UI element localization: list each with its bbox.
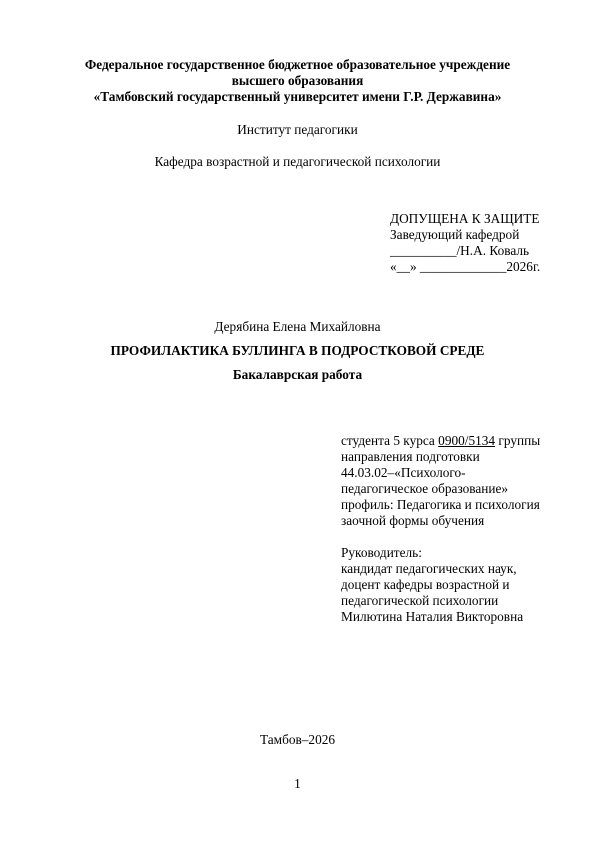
approval-block: ДОПУЩЕНА К ЗАЩИТЕ Заведующий кафедрой __… [390, 211, 540, 275]
institute-name: Институт педагогики [0, 122, 595, 138]
student-course: студента 5 курса [341, 433, 438, 448]
supervisor-position: доцент кафедры возрастной и [341, 577, 523, 593]
student-profile: профиль: Педагогика и психология [341, 497, 540, 513]
author-name: Дерябина Елена Михайловна [0, 319, 595, 335]
approval-role: Заведующий кафедрой [390, 227, 540, 243]
supervisor-name: Милютина Наталия Викторовна [341, 609, 523, 625]
approval-signature: __________/Н.А. Коваль [390, 243, 540, 259]
student-direction-name: педагогическое образование» [341, 481, 540, 497]
group-suffix: группы [495, 433, 540, 448]
city-year: Тамбов–2026 [0, 732, 595, 748]
supervisor-label: Руководитель: [341, 545, 523, 561]
student-study-form: заочной формы обучения [341, 513, 540, 529]
supervisor-degree: кандидат педагогических наук, [341, 561, 523, 577]
approval-title: ДОПУЩЕНА К ЗАЩИТЕ [390, 211, 540, 227]
header-line-1: Федеральное государственное бюджетное об… [0, 57, 595, 73]
supervisor-department: педагогической психологии [341, 593, 523, 609]
page-number: 1 [0, 776, 595, 792]
thesis-title: ПРОФИЛАКТИКА БУЛЛИНГА В ПОДРОСТКОВОЙ СРЕ… [0, 343, 595, 359]
student-course-group: студента 5 курса 0900/5134 группы [341, 433, 540, 449]
work-type: Бакалаврская работа [0, 367, 595, 383]
department-name: Кафедра возрастной и педагогической псих… [0, 154, 595, 170]
group-number: 0900/5134 [438, 433, 495, 448]
student-direction-label: направления подготовки [341, 449, 540, 465]
supervisor-block: Руководитель: кандидат педагогических на… [341, 545, 523, 625]
student-info: студента 5 курса 0900/5134 группы направ… [341, 433, 540, 529]
header-line-3: «Тамбовский государственный университет … [0, 89, 595, 105]
header-line-2: высшего образования [0, 73, 595, 89]
approval-date: «__» _____________2026г. [390, 259, 540, 275]
student-direction-code: 44.03.02–«Психолого- [341, 465, 540, 481]
